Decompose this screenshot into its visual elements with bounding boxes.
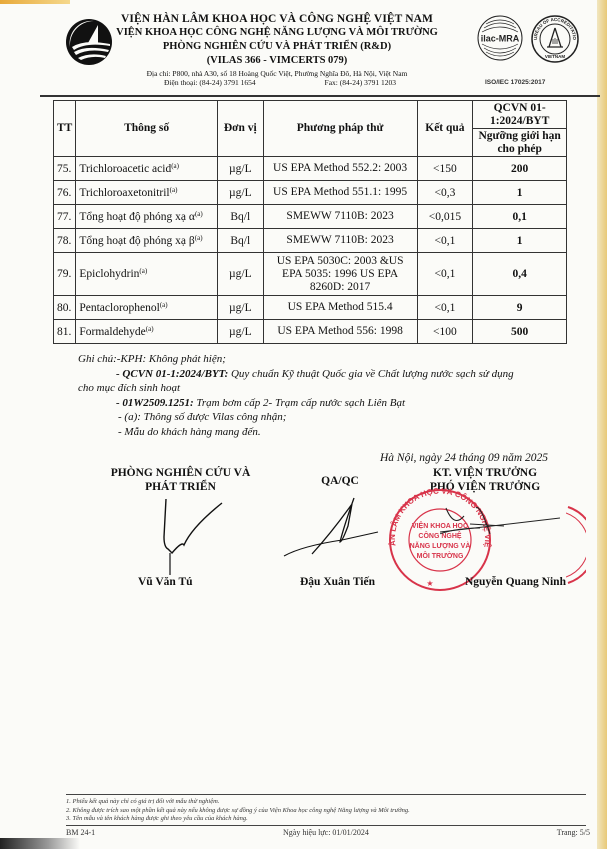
svg-text:MÔI TRƯỜNG: MÔI TRƯỜNG bbox=[417, 551, 464, 560]
footer-bar: BM 24-1 Ngày hiệu lực: 01/01/2024 Trang:… bbox=[66, 828, 590, 837]
cell-result: <150 bbox=[417, 157, 473, 181]
note-kph: Ghi chú:-KPH: Không phát hiện; bbox=[78, 352, 583, 367]
partial-seal-icon bbox=[566, 505, 586, 585]
accreditation-marker: (a) bbox=[170, 186, 178, 194]
param-name: Tổng hoạt độ phóng xạ β bbox=[79, 235, 194, 247]
scan-shadow bbox=[0, 838, 80, 849]
table-row: 76.Trichloroaxetonitril(a)µg/LUS EPA Met… bbox=[54, 181, 567, 205]
table-row: 75.Trichloroacetic acid(a)µg/LUS EPA Met… bbox=[54, 157, 567, 181]
phone: Điện thoại: (84-24) 3791 1654 bbox=[164, 78, 256, 87]
cell-unit: µg/L bbox=[217, 253, 263, 296]
iso-standard-label: ISO/IEC 17025:2017 bbox=[485, 79, 545, 86]
bureau-of-accreditation-logo-icon: BUREAU OF ACCREDITATION VIETNAM bbox=[530, 14, 580, 64]
cell-method: US EPA Method 556: 1998 bbox=[263, 320, 417, 344]
cell-unit: Bq/l bbox=[217, 229, 263, 253]
cell-tt: 79. bbox=[54, 253, 76, 296]
cell-tt: 80. bbox=[54, 296, 76, 320]
param-name: Tổng hoạt độ phóng xạ α bbox=[79, 211, 195, 223]
cell-param: Tổng hoạt độ phóng xạ α(a) bbox=[76, 205, 218, 229]
cell-result: <100 bbox=[417, 320, 473, 344]
department-name: PHÒNG NGHIÊN CỨU VÀ PHÁT TRIỂN (R&D) bbox=[112, 40, 442, 54]
table-row: 79.Epiclohydrin(a)µg/LUS EPA 5030C: 2003… bbox=[54, 253, 567, 296]
accreditation-codes: (VILAS 366 - VIMCERTS 079) bbox=[112, 54, 442, 68]
footer-notes: 1. Phiếu kết quả này chỉ có giá trị đối … bbox=[66, 798, 586, 824]
ilac-mra-logo-icon: ilac-MRA bbox=[476, 14, 524, 62]
cell-limit: 500 bbox=[473, 320, 567, 344]
institute-logo-icon bbox=[64, 17, 114, 67]
col-header-method: Phương pháp thử bbox=[263, 101, 417, 157]
header-divider bbox=[40, 95, 600, 97]
signer-rnd-name: Vũ Văn Tú bbox=[138, 576, 193, 588]
signer-director-name: Nguyễn Quang Ninh bbox=[465, 576, 566, 588]
cell-method: US EPA 5030C: 2003 &US EPA 5035: 1996 US… bbox=[263, 253, 417, 296]
signature-3-icon bbox=[440, 498, 560, 548]
org-parent-name: VIỆN HÀN LÂM KHOA HỌC VÀ CÔNG NGHỆ VIỆT … bbox=[112, 12, 442, 26]
cell-unit: µg/L bbox=[217, 296, 263, 320]
svg-text:VIETNAM: VIETNAM bbox=[545, 54, 566, 59]
cell-limit: 1 bbox=[473, 229, 567, 253]
param-name: Trichloroacetic acid bbox=[79, 163, 171, 175]
param-name: Trichloroaxetonitril bbox=[79, 187, 169, 199]
note-qcvn-cont: cho mục đích sinh hoạt bbox=[78, 381, 583, 396]
col-header-standard: QCVN 01-1:2024/BYT bbox=[473, 101, 567, 129]
note-sample-code: - 01W2509.1251: Trạm bơm cấp 2- Trạm cấp… bbox=[78, 396, 583, 411]
cell-method: US EPA Method 515.4 bbox=[263, 296, 417, 320]
param-name: Formaldehyde bbox=[79, 326, 145, 338]
cell-result: <0,1 bbox=[417, 229, 473, 253]
cell-param: Trichloroacetic acid(a) bbox=[76, 157, 218, 181]
cell-result: <0,1 bbox=[417, 296, 473, 320]
cell-param: Epiclohydrin(a) bbox=[76, 253, 218, 296]
table-row: 78.Tổng hoạt độ phóng xạ β(a)Bq/lSMEWW 7… bbox=[54, 229, 567, 253]
col-header-param: Thông số bbox=[76, 101, 218, 157]
signature-1-icon bbox=[160, 497, 230, 577]
effective-date: Ngày hiệu lực: 01/01/2024 bbox=[283, 828, 369, 837]
col-header-tt: TT bbox=[54, 101, 76, 157]
fax: Fax: (84-24) 3791 1203 bbox=[325, 78, 396, 87]
col-header-limit: Ngưỡng giới hạn cho phép bbox=[473, 129, 567, 157]
signature-2-icon bbox=[282, 496, 382, 566]
cell-tt: 75. bbox=[54, 157, 76, 181]
page-number: Trang: 5/5 bbox=[557, 828, 590, 837]
svg-text:ilac-MRA: ilac-MRA bbox=[481, 34, 520, 44]
cell-tt: 81. bbox=[54, 320, 76, 344]
document-header: VIỆN HÀN LÂM KHOA HỌC VÀ CÔNG NGHỆ VIỆT … bbox=[0, 0, 607, 95]
signer-qaqc-name: Đậu Xuân Tiến bbox=[300, 576, 375, 588]
param-name: Pentaclorophenol bbox=[79, 302, 159, 314]
table-row: 77.Tổng hoạt độ phóng xạ α(a)Bq/lSMEWW 7… bbox=[54, 205, 567, 229]
cell-param: Pentaclorophenol(a) bbox=[76, 296, 218, 320]
accreditation-marker: (a) bbox=[139, 267, 147, 275]
note-sample-source: - Mẫu do khách hàng mang đến. bbox=[78, 425, 583, 440]
footer-note-3: 3. Tên mẫu và tên khách hàng được ghi th… bbox=[66, 815, 586, 824]
cell-method: SMEWW 7110B: 2023 bbox=[263, 205, 417, 229]
footer-divider-bottom bbox=[66, 825, 586, 826]
table-row: 80.Pentaclorophenol(a)µg/LUS EPA Method … bbox=[54, 296, 567, 320]
col-header-unit: Đơn vị bbox=[217, 101, 263, 157]
note-qcvn: - QCVN 01-1:2024/BYT: Quy chuẩn Kỹ thuật… bbox=[78, 367, 583, 382]
accreditation-marker: (a) bbox=[160, 301, 168, 309]
accreditation-marker: (a) bbox=[146, 325, 154, 333]
signature-title-qaqc: QA/QC bbox=[305, 474, 375, 488]
address: Địa chỉ: P800, nhà A30, số 18 Hoàng Quốc… bbox=[112, 69, 442, 78]
notes-section: Ghi chú:-KPH: Không phát hiện; - QCVN 01… bbox=[78, 352, 583, 439]
cell-tt: 77. bbox=[54, 205, 76, 229]
contact-line: Điện thoại: (84-24) 3791 1654 Fax: (84-2… bbox=[112, 78, 442, 87]
cell-param: Formaldehyde(a) bbox=[76, 320, 218, 344]
cell-limit: 1 bbox=[473, 181, 567, 205]
cell-limit: 200 bbox=[473, 157, 567, 181]
cell-param: Trichloroaxetonitril(a) bbox=[76, 181, 218, 205]
cell-result: <0,015 bbox=[417, 205, 473, 229]
cell-method: US EPA Method 552.2: 2003 bbox=[263, 157, 417, 181]
cell-limit: 0,1 bbox=[473, 205, 567, 229]
table-header-row: TT Thông số Đơn vị Phương pháp thử Kết q… bbox=[54, 101, 567, 129]
accreditation-marker: (a) bbox=[195, 234, 203, 242]
note-vilas: - (a): Thông số được Vilas công nhận; bbox=[78, 410, 583, 425]
cell-param: Tổng hoạt độ phóng xạ β(a) bbox=[76, 229, 218, 253]
param-name: Epiclohydrin bbox=[79, 268, 139, 280]
cell-unit: Bq/l bbox=[217, 205, 263, 229]
col-header-result: Kết quả bbox=[417, 101, 473, 157]
cell-unit: µg/L bbox=[217, 157, 263, 181]
table-row: 81.Formaldehyde(a)µg/LUS EPA Method 556:… bbox=[54, 320, 567, 344]
cell-result: <0,3 bbox=[417, 181, 473, 205]
accreditation-marker: (a) bbox=[195, 210, 203, 218]
cell-unit: µg/L bbox=[217, 181, 263, 205]
cell-method: SMEWW 7110B: 2023 bbox=[263, 229, 417, 253]
issue-date: Hà Nội, ngày 24 tháng 09 năm 2025 bbox=[380, 452, 548, 464]
footer-note-1: 1. Phiếu kết quả này chỉ có giá trị đối … bbox=[66, 798, 586, 807]
signature-title-rnd: PHÒNG NGHIÊN CỨU VÀ PHÁT TRIỂN bbox=[98, 466, 263, 494]
cell-tt: 78. bbox=[54, 229, 76, 253]
results-table: TT Thông số Đơn vị Phương pháp thử Kết q… bbox=[53, 100, 567, 344]
header-text: VIỆN HÀN LÂM KHOA HỌC VÀ CÔNG NGHỆ VIỆT … bbox=[112, 12, 442, 87]
results-body: 75.Trichloroacetic acid(a)µg/LUS EPA Met… bbox=[54, 157, 567, 344]
cell-method: US EPA Method 551.1: 1995 bbox=[263, 181, 417, 205]
cell-unit: µg/L bbox=[217, 320, 263, 344]
cell-result: <0,1 bbox=[417, 253, 473, 296]
accreditation-marker: (a) bbox=[171, 162, 179, 170]
org-name: VIỆN KHOA HỌC CÔNG NGHỆ NĂNG LƯỢNG VÀ MÔ… bbox=[112, 26, 442, 40]
cell-limit: 9 bbox=[473, 296, 567, 320]
cell-limit: 0,4 bbox=[473, 253, 567, 296]
footer-divider-top bbox=[66, 794, 586, 795]
paper-edge-right bbox=[597, 0, 607, 849]
cell-tt: 76. bbox=[54, 181, 76, 205]
svg-text:★: ★ bbox=[426, 579, 433, 588]
form-code: BM 24-1 bbox=[66, 828, 95, 837]
footer-note-2: 2. Không được trích sao một phần kết quả… bbox=[66, 807, 586, 816]
